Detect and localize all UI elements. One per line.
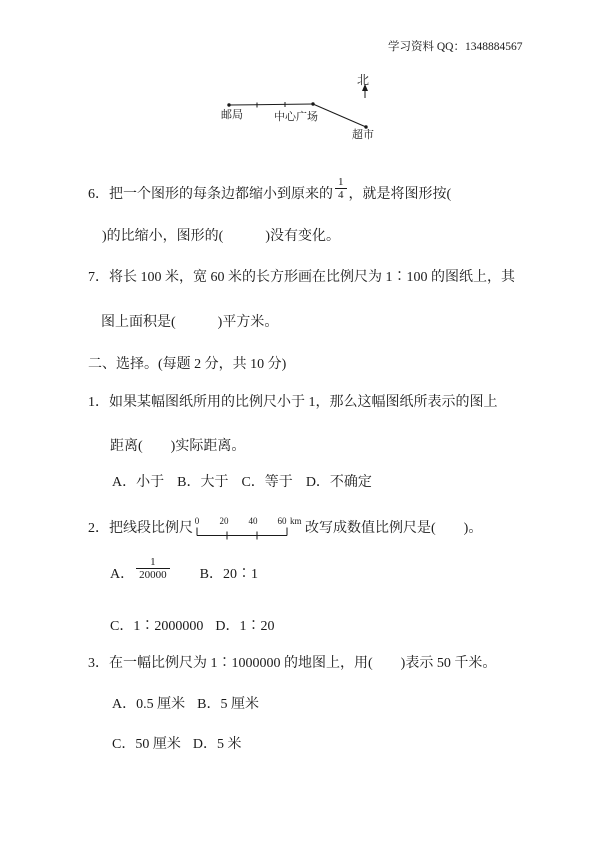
option-d: D．1∶20 [215,619,274,634]
option-c: C．等于 [241,475,292,490]
section2-title: 二、选择。(每题 2 分，共 10 分) [88,358,286,372]
option-c: C．50 厘米 [112,737,181,752]
s2q1-line1: 1．如果某幅图纸所用的比例尺小于 1，那么这幅图纸所表示的图上 [88,396,498,410]
north-label: 北 [357,74,369,86]
fraction-denominator: 20000 [136,569,170,581]
q6-text-pre: 把一个图形的每条边都缩小到原来的 [109,187,333,202]
option-b: B．20∶1 [200,567,258,582]
s2q2-options-cd: C．1∶2000000D．1∶20 [110,620,274,634]
option-b: B．5 厘米 [197,697,259,712]
s2q3-number: 3． [88,656,109,671]
ruler-tick-0: 0 [195,516,200,526]
s2q2-options-ab: A．120000B．20∶1 [110,556,258,582]
s2q3-text: 在一幅比例尺为 1∶1000000 的地图上，用( )表示 50 千米。 [109,656,496,671]
q6-text-post: ，就是将图形按( [349,187,452,202]
ruler-tick-20: 20 [220,516,230,526]
s2q1-number: 1． [88,395,109,410]
q7-number: 7． [88,270,109,285]
plaza-dot [311,102,314,105]
fraction-denominator: 4 [335,189,347,201]
option-a-label: A． [110,567,134,582]
option-b: B．大于 [177,475,228,490]
s2q1-options: A．小于B．大于C．等于D．不确定 [112,476,372,490]
s2q1-text: 如果某幅图纸所用的比例尺小于 1，那么这幅图纸所表示的图上 [109,395,498,410]
q6-line2: )的比缩小，图形的( )没有变化。 [102,230,340,244]
page-header: 学习资料 QQ：1348884567 [388,41,522,53]
supermarket-label: 超市 [352,130,374,141]
option-a: A．0.5 厘米 [112,697,185,712]
s2q2-line1-post: 改写成数值比例尺是( )。 [305,522,482,536]
option-d: D．不确定 [306,475,372,490]
plaza-label: 中心广场 [274,112,318,123]
s2q1-line2: 距离( )实际距离。 [110,440,245,454]
ruler-tick-60: 60 [278,516,288,526]
q7-text: 将长 100 米，宽 60 米的长方形画在比例尺为 1∶100 的图纸上，其 [109,270,515,285]
fraction-numerator: 1 [335,176,347,189]
s2q2-line1-pre: 2．把线段比例尺 [88,522,193,536]
s2q2-number: 2． [88,521,109,536]
fraction-numerator: 1 [136,556,170,569]
s2q2-text-pre: 把线段比例尺 [109,521,193,536]
fraction-1-4: 14 [335,176,347,201]
fraction-1-20000: 120000 [136,556,170,581]
scale-ruler: 0 20 40 60 km [190,513,310,543]
ruler-unit: km [290,516,302,526]
s2q3-options-ab: A．0.5 厘米B．5 厘米 [112,698,259,712]
post-office-label: 邮局 [221,110,243,121]
option-c: C．1∶2000000 [110,619,203,634]
option-a: A．小于 [112,475,164,490]
post-office-dot [227,103,230,106]
q6-number: 6． [88,187,109,202]
q7-line1: 7．将长 100 米，宽 60 米的长方形画在比例尺为 1∶100 的图纸上，其 [88,271,515,285]
option-d: D．5 米 [193,737,242,752]
s2q3-options-cd: C．50 厘米D．5 米 [112,738,241,752]
ruler-tick-40: 40 [249,516,259,526]
q6-line1: 6．把一个图形的每条边都缩小到原来的14，就是将图形按( [88,176,451,202]
worksheet-page: 学习资料 QQ：1348884567 北 邮局 中心广场 超市 6．把一个图形的… [0,0,596,842]
s2q3-line1: 3．在一幅比例尺为 1∶1000000 的地图上，用( )表示 50 千米。 [88,657,496,671]
q7-line2: 图上面积是( )平方米。 [101,316,278,330]
